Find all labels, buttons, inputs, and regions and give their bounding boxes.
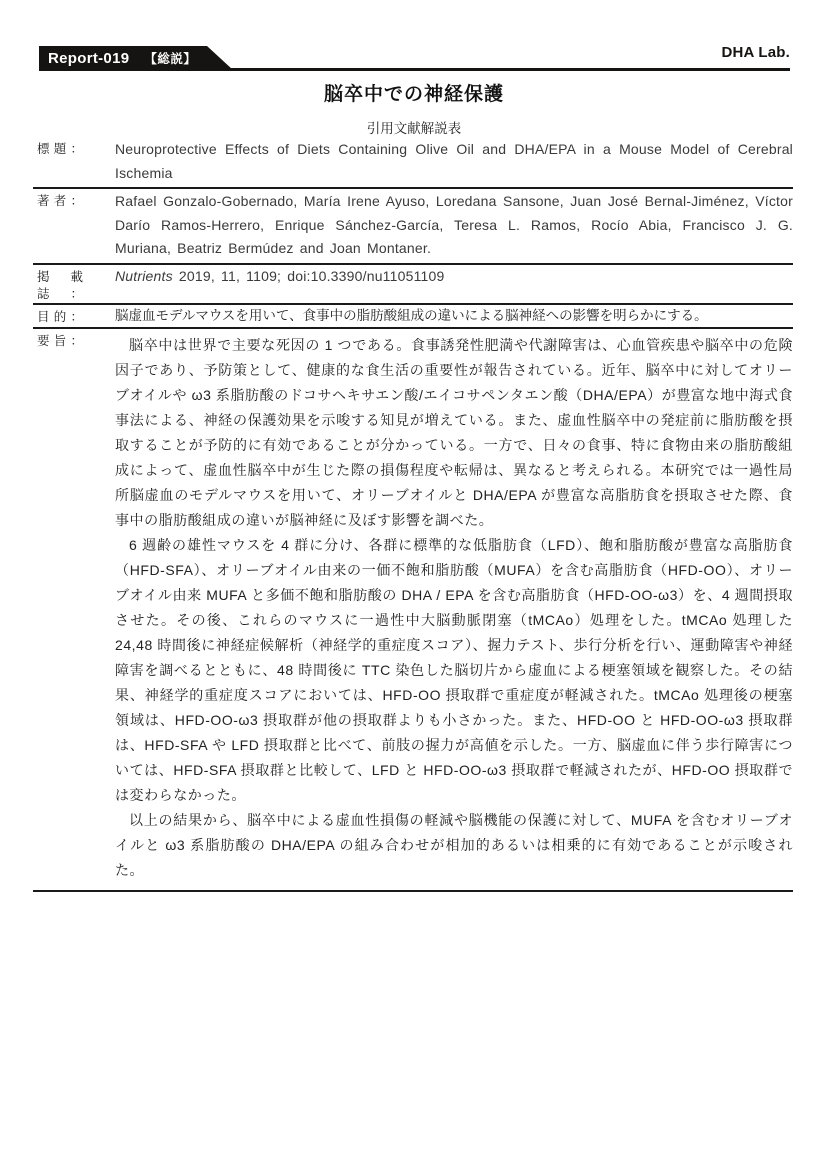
table-row-journal: 掲載誌： Nutrients 2019, 11, 1109; doi:10.33… bbox=[33, 265, 793, 305]
reference-table: 標題： Neuroprotective Effects of Diets Con… bbox=[33, 137, 793, 892]
abstract-paragraph-2: 6 週齢の雄性マウスを 4 群に分け、各群に標準的な低脂肪食（LFD）、飽和脂肪… bbox=[115, 533, 793, 808]
table-row-purpose: 目的： 脳虚血モデルマウスを用いて、食事中の脂肪酸組成の違いによる脳神経への影響… bbox=[33, 305, 793, 329]
table-row-title: 標題： Neuroprotective Effects of Diets Con… bbox=[33, 137, 793, 189]
report-category: 【総説】 bbox=[144, 49, 196, 67]
journal-label: 掲載誌： bbox=[37, 269, 83, 303]
report-id: Report-019 bbox=[48, 50, 129, 67]
paper-title: Neuroprotective Effects of Diets Contain… bbox=[115, 137, 793, 187]
title-label: 標題： bbox=[37, 141, 83, 158]
paper-authors: Rafael Gonzalo-Gobernado, María Irene Ay… bbox=[115, 189, 793, 263]
document-subtitle: 引用文献解説表 bbox=[0, 117, 828, 137]
authors-label-cell: 著者： bbox=[33, 189, 115, 263]
header-rule bbox=[39, 68, 790, 71]
table-row-abstract: 要旨： 脳卒中は世界で主要な死因の 1 つである。食事誘発性肥満や代謝障害は、心… bbox=[33, 329, 793, 892]
journal-citation-rest: 2019, 11, 1109; doi:10.3390/nu11051109 bbox=[173, 268, 445, 284]
abstract-label-cell: 要旨： bbox=[33, 329, 115, 890]
authors-label: 著者： bbox=[37, 193, 83, 210]
report-banner: Report-019 【総説】 bbox=[39, 46, 233, 70]
abstract-paragraph-1: 脳卒中は世界で主要な死因の 1 つである。食事誘発性肥満や代謝障害は、心血管疾患… bbox=[115, 333, 793, 533]
report-page: Report-019 【総説】 DHA Lab. 脳卒中での神経保護 引用文献解… bbox=[0, 0, 828, 1171]
abstract-text: 脳卒中は世界で主要な死因の 1 つである。食事誘発性肥満や代謝障害は、心血管疾患… bbox=[115, 329, 793, 890]
table-row-authors: 著者： Rafael Gonzalo-Gobernado, María Iren… bbox=[33, 189, 793, 265]
abstract-label: 要旨： bbox=[37, 333, 83, 350]
lab-brand: DHA Lab. bbox=[721, 44, 790, 61]
purpose-label: 目的： bbox=[37, 309, 83, 326]
title-label-cell: 標題： bbox=[33, 137, 115, 187]
purpose-label-cell: 目的： bbox=[33, 305, 115, 327]
document-title: 脳卒中での神経保護 bbox=[0, 79, 828, 106]
abstract-paragraph-3: 以上の結果から、脳卒中による虚血性損傷の軽減や脳機能の保護に対して、MUFA を… bbox=[115, 808, 793, 883]
journal-name: Nutrients bbox=[115, 268, 173, 284]
journal-label-cell: 掲載誌： bbox=[33, 265, 115, 303]
journal-citation: Nutrients 2019, 11, 1109; doi:10.3390/nu… bbox=[115, 265, 793, 303]
study-purpose: 脳虚血モデルマウスを用いて、食事中の脂肪酸組成の違いによる脳神経への影響を明らか… bbox=[115, 305, 793, 327]
